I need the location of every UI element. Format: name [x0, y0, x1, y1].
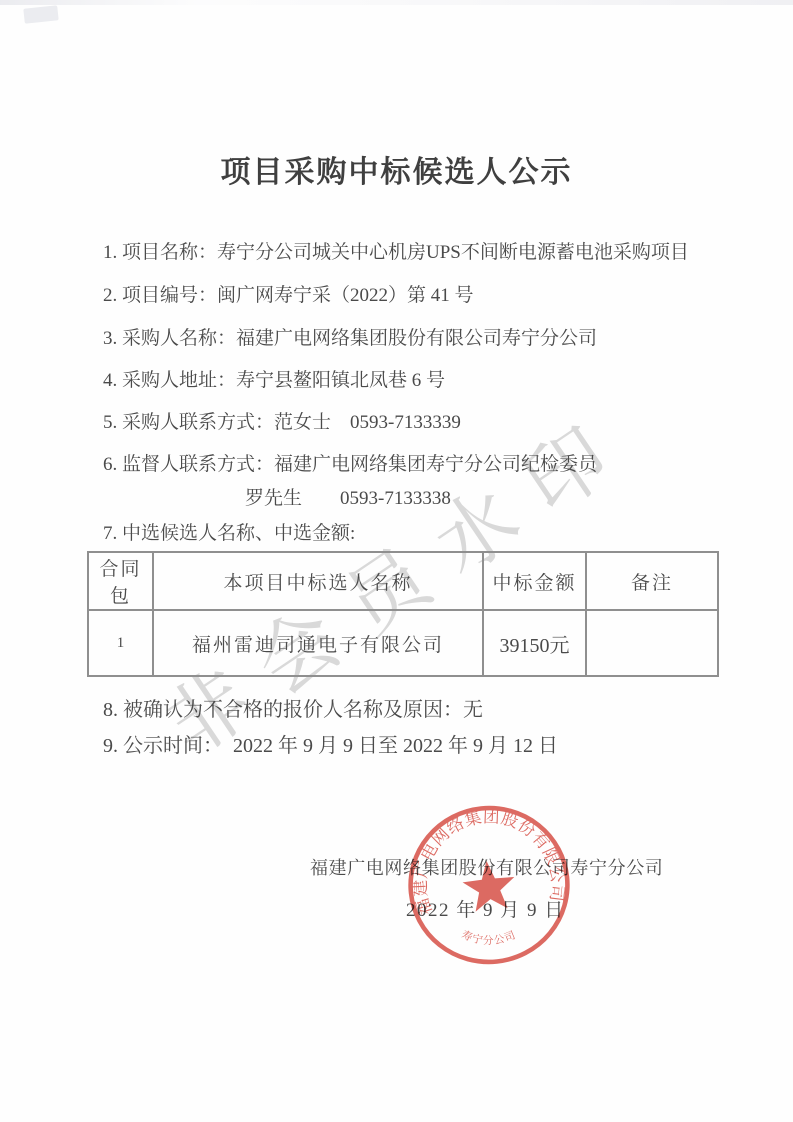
list-item-purchaser-contact: 5. 采购人联系方式：范女士 0593-7133339	[103, 412, 461, 435]
official-red-seal: 福建广电网络集团股份有限公司 寿宁分公司	[403, 799, 575, 971]
cell-contract-package: 1	[88, 610, 153, 676]
list-item-project-number: 2. 项目编号：闽广网寿宁采（2022）第 41 号	[103, 285, 474, 308]
list-item-purchaser-address: 4. 采购人地址：寿宁县鳌阳镇北凤巷 6 号	[103, 370, 445, 393]
column-header-remarks: 备注	[586, 552, 718, 610]
cell-remarks	[586, 610, 718, 676]
document-title: 项目采购中标候选人公示	[0, 147, 793, 191]
list-item-supervisor-contact: 6. 监督人联系方式：福建广电网络集团寿宁分公司纪检委员	[103, 454, 597, 477]
column-header-winner-name: 本项目中标选人名称	[153, 552, 483, 610]
list-item-project-name: 1. 项目名称：寿宁分公司城关中心机房UPS不间断电源蓄电池采购项目	[103, 242, 689, 265]
seal-star-icon	[461, 858, 518, 913]
list-item-purchaser-name: 3. 采购人名称：福建广电网络集团股份有限公司寿宁分公司	[103, 328, 597, 351]
list-item-publicity-period: 9. 公示时间： 2022 年 9 月 9 日至 2022 年 9 月 12 日	[103, 734, 558, 758]
list-item-candidates-heading: 7. 中选候选人名称、中选金额:	[103, 523, 355, 546]
list-item-supervisor-contact-line2: 罗先生 0593-7133338	[245, 488, 451, 511]
winning-bid-table: 合同包 本项目中标选人名称 中标金额 备注 1 福州雷迪司通电子有限公司 391…	[87, 551, 719, 677]
scan-artifact-corner-smudge	[23, 5, 58, 23]
seal-bottom-text: 寿宁分公司	[458, 922, 518, 950]
cell-bid-amount: 39150元	[483, 610, 586, 676]
list-item-disqualified-bidders: 8. 被确认为不合格的报价人名称及原因：无	[103, 698, 483, 722]
table-header-row: 合同包 本项目中标选人名称 中标金额 备注	[88, 552, 718, 610]
column-header-bid-amount: 中标金额	[483, 552, 586, 610]
cell-winner-name: 福州雷迪司通电子有限公司	[153, 610, 483, 676]
table-row: 1 福州雷迪司通电子有限公司 39150元	[88, 610, 718, 676]
column-header-contract-package: 合同包	[88, 552, 153, 610]
seal-group: 福建广电网络集团股份有限公司 寿宁分公司	[403, 799, 575, 970]
scan-artifact-top-edge	[0, 0, 793, 5]
scanned-document-page: 非会员水印 项目采购中标候选人公示 1. 项目名称：寿宁分公司城关中心机房UPS…	[0, 0, 793, 1122]
